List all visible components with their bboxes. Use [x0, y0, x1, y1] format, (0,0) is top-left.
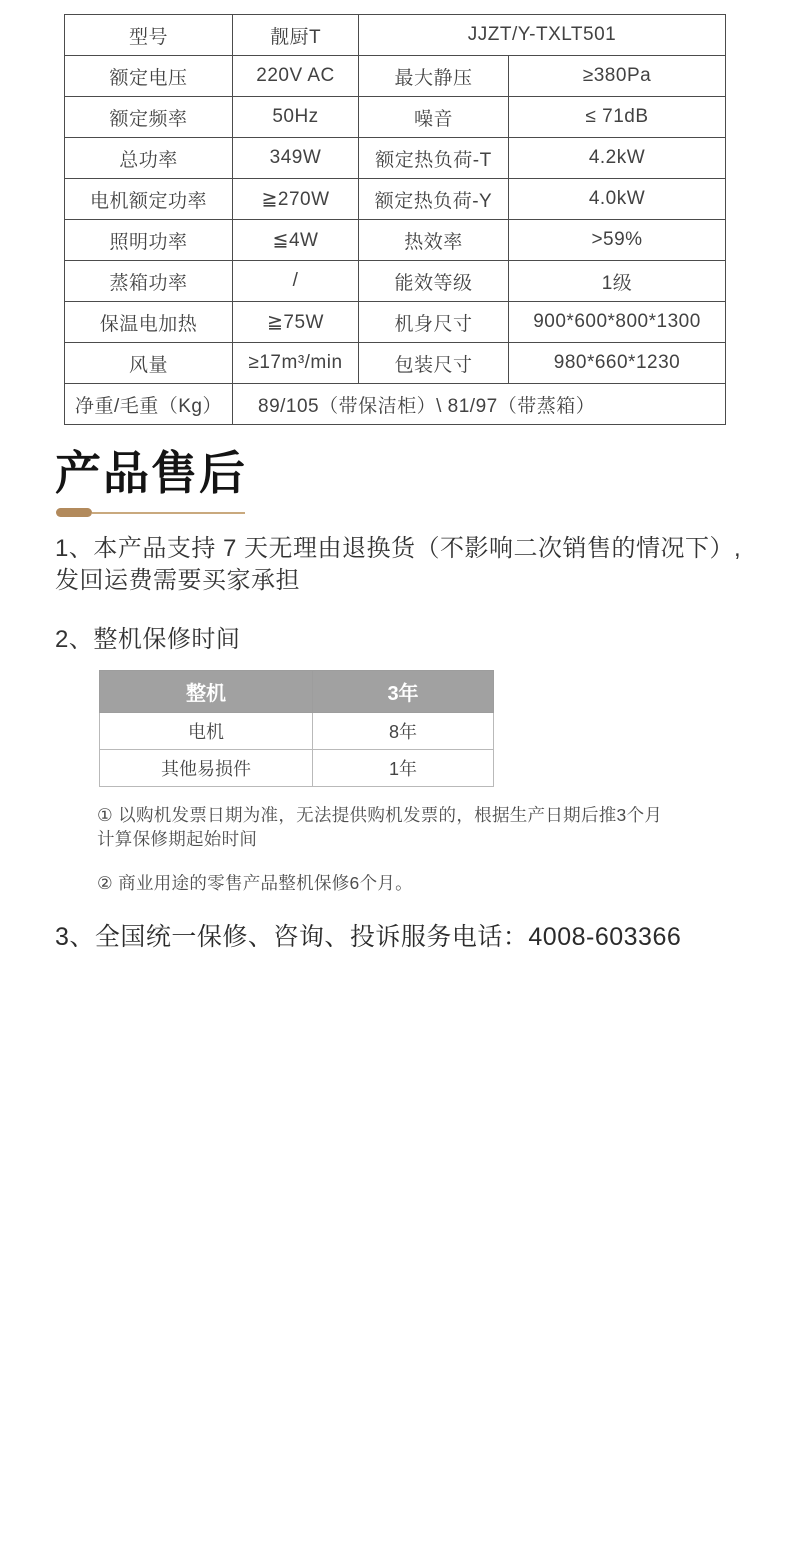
- after-sales-section: 产品售后 1、本产品支持 7 天无理由退换货（不影响二次销售的情况下）, 发回运…: [0, 447, 790, 953]
- spec-cell: 能效等级: [359, 261, 509, 302]
- spec-cell: ≦4W: [233, 220, 359, 261]
- spec-row: 电机额定功率≧270W额定热负荷-Y4.0kW: [65, 179, 726, 220]
- after-sales-heading: 产品售后: [55, 447, 790, 499]
- spec-cell: >59%: [509, 220, 726, 261]
- spec-cell: 349W: [233, 138, 359, 179]
- spec-table: 型号靓厨TJJZT/Y-TXLT501额定电压220V AC最大静压≥380Pa…: [64, 14, 726, 425]
- warranty-header-cell: 整机: [100, 671, 313, 713]
- spec-cell: JJZT/Y-TXLT501: [359, 15, 726, 56]
- spec-cell: 保温电加热: [65, 302, 233, 343]
- spec-cell: 包装尺寸: [359, 343, 509, 384]
- warranty-note-2: ② 商业用途的零售产品整机保修6个月。: [97, 871, 790, 895]
- spec-cell: 总功率: [65, 138, 233, 179]
- spec-cell: 4.0kW: [509, 179, 726, 220]
- warranty-row: 其他易损件1年: [100, 750, 494, 787]
- spec-cell: 900*600*800*1300: [509, 302, 726, 343]
- service-hotline-text: 3、全国统一保修、咨询、投诉服务电话：4008-603366: [55, 921, 790, 953]
- spec-row: 额定电压220V AC最大静压≥380Pa: [65, 56, 726, 97]
- spec-row: 蒸箱功率/能效等级1级: [65, 261, 726, 302]
- spec-cell: 靓厨T: [233, 15, 359, 56]
- spec-cell: ≤ 71dB: [509, 97, 726, 138]
- spec-cell: 风量: [65, 343, 233, 384]
- spec-row: 照明功率≦4W热效率>59%: [65, 220, 726, 261]
- spec-cell: 4.2kW: [509, 138, 726, 179]
- spec-cell: 额定频率: [65, 97, 233, 138]
- warranty-note-1-line-2: 计算保修期起始时间: [97, 827, 790, 851]
- spec-row: 总功率349W额定热负荷-T4.2kW: [65, 138, 726, 179]
- divider-pill-shape: [56, 508, 92, 517]
- spec-cell: 噪音: [359, 97, 509, 138]
- spec-cell: 89/105（带保洁柜）\ 81/97（带蒸箱）: [233, 384, 726, 425]
- spec-cell: 照明功率: [65, 220, 233, 261]
- return-policy-line-1: 1、本产品支持 7 天无理由退换货（不影响二次销售的情况下）,: [55, 533, 790, 565]
- warranty-table-head: 整机3年: [100, 671, 494, 713]
- spec-cell: 额定热负荷-T: [359, 138, 509, 179]
- spec-cell: 50Hz: [233, 97, 359, 138]
- return-policy-text: 1、本产品支持 7 天无理由退换货（不影响二次销售的情况下）, 发回运费需要买家…: [55, 533, 790, 597]
- return-policy-line-2: 发回运费需要买家承担: [55, 565, 790, 597]
- spec-row: 型号靓厨TJJZT/Y-TXLT501: [65, 15, 726, 56]
- spec-cell: 机身尺寸: [359, 302, 509, 343]
- warranty-header-row: 整机3年: [100, 671, 494, 713]
- spec-table-body: 型号靓厨TJJZT/Y-TXLT501额定电压220V AC最大静压≥380Pa…: [65, 15, 726, 425]
- warranty-note-1: ① 以购机发票日期为准，无法提供购机发票的，根据生产日期后推3个月 计算保修期起…: [97, 803, 790, 851]
- warranty-note-1-line-1: ① 以购机发票日期为准，无法提供购机发票的，根据生产日期后推3个月: [97, 803, 790, 827]
- spec-cell: 980*660*1230: [509, 343, 726, 384]
- spec-cell: /: [233, 261, 359, 302]
- spec-row: 额定频率50Hz噪音≤ 71dB: [65, 97, 726, 138]
- warranty-header-cell: 3年: [313, 671, 494, 713]
- warranty-period-title: 2、整机保修时间: [55, 624, 790, 656]
- spec-row: 净重/毛重（Kg）89/105（带保洁柜）\ 81/97（带蒸箱）: [65, 384, 726, 425]
- spec-cell: 1级: [509, 261, 726, 302]
- spec-cell: ≥17m³/min: [233, 343, 359, 384]
- product-detail-page: { "colors": { "accent_pill": "#b28a5c", …: [0, 14, 790, 1552]
- warranty-table-body: 电机8年其他易损件1年: [100, 713, 494, 787]
- spec-cell: ≥380Pa: [509, 56, 726, 97]
- warranty-table: 整机3年 电机8年其他易损件1年: [99, 670, 494, 787]
- spec-cell: 热效率: [359, 220, 509, 261]
- warranty-cell: 1年: [313, 750, 494, 787]
- spec-cell: 电机额定功率: [65, 179, 233, 220]
- spec-cell: 220V AC: [233, 56, 359, 97]
- divider-line-shape: [92, 512, 245, 514]
- spec-cell: 额定电压: [65, 56, 233, 97]
- spec-row: 保温电加热≧75W机身尺寸900*600*800*1300: [65, 302, 726, 343]
- spec-row: 风量≥17m³/min包装尺寸980*660*1230: [65, 343, 726, 384]
- spec-cell: ≧270W: [233, 179, 359, 220]
- spec-cell: 额定热负荷-Y: [359, 179, 509, 220]
- warranty-cell: 8年: [313, 713, 494, 750]
- spec-cell: 最大静压: [359, 56, 509, 97]
- heading-divider: [56, 508, 245, 517]
- spec-cell: 蒸箱功率: [65, 261, 233, 302]
- spec-cell: ≧75W: [233, 302, 359, 343]
- warranty-row: 电机8年: [100, 713, 494, 750]
- spec-cell: 型号: [65, 15, 233, 56]
- warranty-cell: 电机: [100, 713, 313, 750]
- warranty-cell: 其他易损件: [100, 750, 313, 787]
- spec-cell: 净重/毛重（Kg）: [65, 384, 233, 425]
